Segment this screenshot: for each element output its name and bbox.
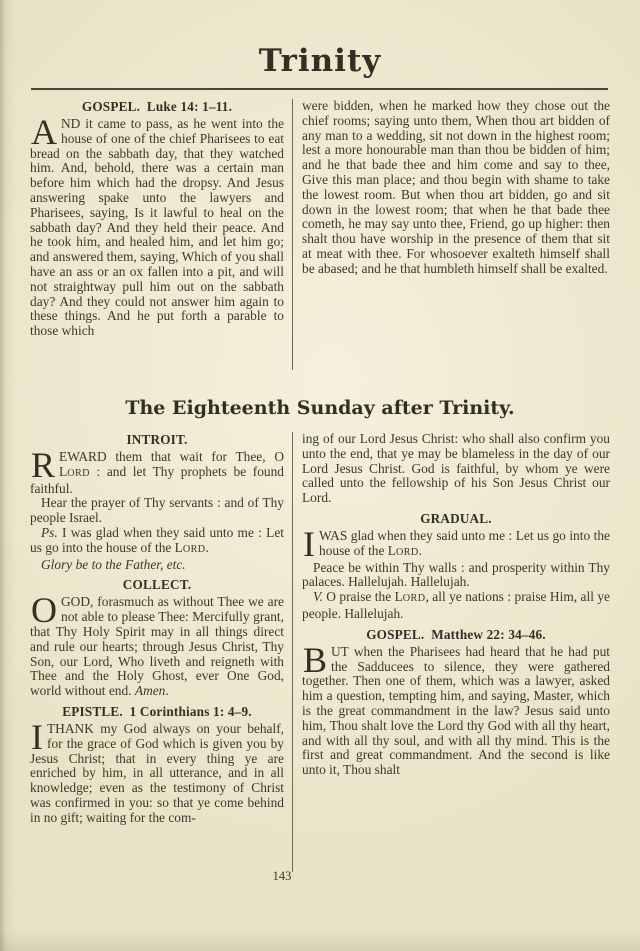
text-segment: ND it came to pass, as he went into the … bbox=[30, 116, 284, 338]
text-segment: INTROIT. bbox=[126, 432, 187, 447]
paragraph: OGOD, forasmuch as without Thee we are n… bbox=[30, 595, 284, 699]
liturgical-heading: COLLECT. bbox=[30, 577, 284, 592]
text-segment: THANK my God always on your behalf, for … bbox=[30, 721, 284, 825]
text-segment: V. bbox=[313, 589, 323, 604]
paragraph: AND it came to pass, as he went into the… bbox=[30, 117, 284, 339]
drop-cap-initial: R bbox=[31, 451, 55, 479]
right-column: were bidden, when he marked how they cho… bbox=[293, 99, 610, 370]
text-segment: . bbox=[165, 683, 168, 698]
paragraph: Hear the prayer of Thy servants : and of… bbox=[30, 496, 284, 526]
right-column: ing of our Lord Jesus Christ: who shall … bbox=[293, 432, 610, 872]
text-segment: were bidden, when he marked how they cho… bbox=[302, 98, 610, 276]
left-column: INTROIT.REWARD them that wait for Thee, … bbox=[30, 432, 292, 872]
text-segment: Ps. bbox=[41, 525, 58, 540]
header-rule bbox=[31, 88, 608, 90]
paragraph: IWAS glad when they said unto me : Let u… bbox=[302, 529, 610, 561]
text-segment: WAS glad when they said unto me : Let us… bbox=[319, 528, 610, 558]
text-segment: Amen bbox=[135, 683, 166, 698]
drop-cap-initial: I bbox=[31, 723, 43, 751]
two-column-layout: GOSPEL. Luke 14: 1–11.AND it came to pas… bbox=[30, 99, 610, 370]
text-segment: ORD bbox=[67, 468, 90, 479]
paragraph: BUT when the Pharisees had heard that he… bbox=[302, 645, 610, 778]
paragraph: ing of our Lord Jesus Christ: who shall … bbox=[302, 432, 610, 506]
text-segment: ORD bbox=[403, 593, 426, 604]
section-title: The Eighteenth Sunday after Trinity. bbox=[0, 396, 640, 420]
two-column-layout: INTROIT.REWARD them that wait for Thee, … bbox=[30, 432, 610, 872]
eighteenth-sunday-section: INTROIT.REWARD them that wait for Thee, … bbox=[30, 432, 610, 872]
left-column: GOSPEL. Luke 14: 1–11.AND it came to pas… bbox=[30, 99, 292, 370]
paragraph: were bidden, when he marked how they cho… bbox=[302, 99, 610, 277]
liturgical-heading: GOSPEL. Luke 14: 1–11. bbox=[30, 99, 284, 114]
trinity-gospel-section: GOSPEL. Luke 14: 1–11.AND it came to pas… bbox=[30, 99, 610, 370]
text-segment: GOSPEL. Luke 14: 1–11. bbox=[82, 99, 232, 114]
paragraph: Ps. I was glad when they said unto me : … bbox=[30, 526, 284, 558]
text-segment: Hear the prayer of Thy servants : and of… bbox=[30, 495, 284, 525]
text-segment: EPISTLE. 1 Corinthians 1: 4–9. bbox=[62, 704, 252, 719]
text-segment: O praise the L bbox=[323, 589, 403, 604]
text-segment: COLLECT. bbox=[123, 577, 191, 592]
text-segment: Glory be to the Father, etc. bbox=[41, 557, 186, 572]
page-number: 143 bbox=[262, 869, 302, 884]
paragraph: Peace be within Thy walls : and prosperi… bbox=[302, 561, 610, 591]
liturgical-heading: GOSPEL. Matthew 22: 34–46. bbox=[302, 627, 610, 642]
drop-cap-initial: O bbox=[31, 596, 57, 624]
text-segment: . bbox=[419, 543, 422, 558]
text-segment: . bbox=[206, 540, 209, 555]
book-page: Trinity GOSPEL. Luke 14: 1–11.AND it cam… bbox=[0, 0, 640, 951]
text-segment: ing of our Lord Jesus Christ: who shall … bbox=[302, 431, 610, 505]
text-segment: GOSPEL. Matthew 22: 34–46. bbox=[366, 627, 546, 642]
liturgical-heading: INTROIT. bbox=[30, 432, 284, 447]
text-segment: Peace be within Thy walls : and prosperi… bbox=[302, 560, 610, 590]
drop-cap-initial: A bbox=[31, 118, 57, 146]
drop-cap-initial: B bbox=[303, 646, 327, 674]
paragraph: REWARD them that wait for Thee, O LORD :… bbox=[30, 450, 284, 496]
liturgical-heading: EPISTLE. 1 Corinthians 1: 4–9. bbox=[30, 704, 284, 719]
drop-cap-initial: I bbox=[303, 530, 315, 558]
paragraph: V. O praise the LORD, all ye nations : p… bbox=[302, 590, 610, 622]
text-segment: ORD bbox=[396, 547, 419, 558]
text-segment: UT when the Pharisees had heard that he … bbox=[302, 644, 610, 777]
liturgical-heading: GRADUAL. bbox=[302, 511, 610, 526]
text-segment: GRADUAL. bbox=[420, 511, 492, 526]
text-segment: I was glad when they said unto me : Let … bbox=[30, 525, 284, 555]
text-segment: ORD bbox=[183, 544, 206, 555]
paragraph: Glory be to the Father, etc. bbox=[30, 558, 284, 573]
running-head: Trinity bbox=[0, 44, 640, 78]
paragraph: ITHANK my God always on your behalf, for… bbox=[30, 722, 284, 826]
